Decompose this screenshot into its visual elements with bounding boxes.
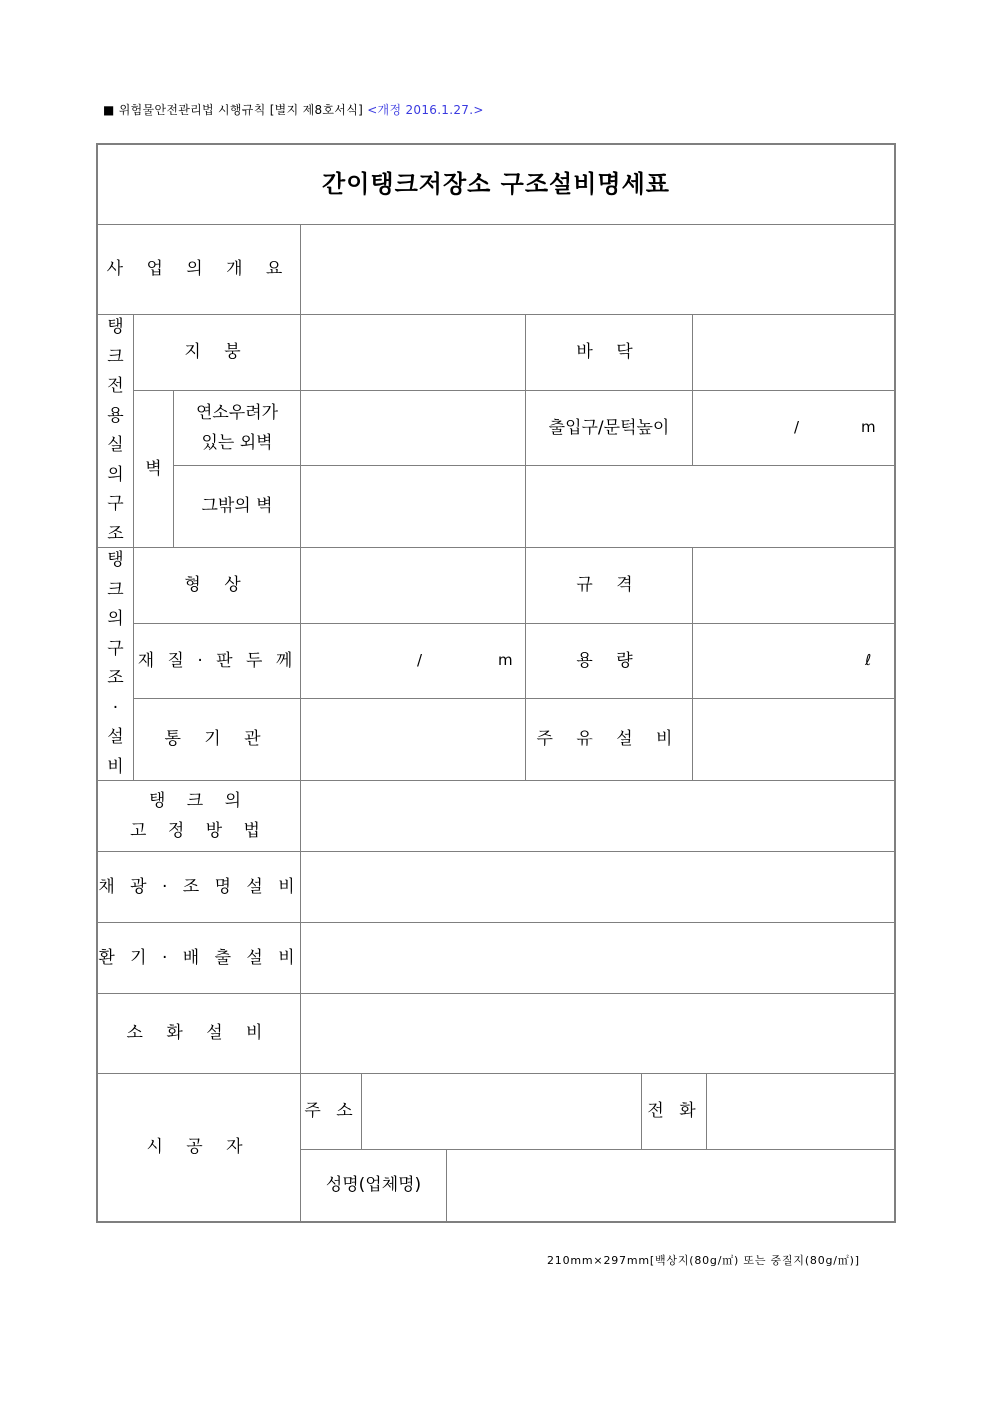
address-field[interactable] — [362, 1074, 641, 1149]
vent-pipe-field[interactable] — [301, 699, 525, 780]
roof-field[interactable] — [301, 315, 525, 390]
business-overview-field[interactable] — [301, 225, 894, 314]
form-header: ■ 위험물안전관리법 시행규칙 [별지 제8호서식] <개정 2016.1.27… — [103, 101, 484, 118]
floor-label: 바 닥 — [526, 315, 692, 390]
material-thickness-label: 재 질 · 판 두 께 — [134, 624, 300, 698]
shape-label: 형 상 — [134, 548, 300, 623]
capacity-label: 용 량 — [526, 624, 692, 698]
lighting-label: 채 광 · 조 명 설 비 — [98, 852, 300, 922]
ventilation-field[interactable] — [301, 923, 894, 993]
fixing-method-label: 탱 크 의 고 정 방 법 — [98, 781, 300, 851]
phone-field[interactable] — [707, 1074, 894, 1149]
other-wall-field[interactable] — [301, 466, 894, 547]
refueling-equipment-label: 주 유 설 비 — [526, 699, 692, 780]
regulation-reference: 위험물안전관리법 시행규칙 [별지 제8호서식] — [119, 103, 363, 117]
refueling-equipment-field[interactable] — [693, 699, 894, 780]
floor-field[interactable] — [693, 315, 894, 390]
lighting-field[interactable] — [301, 852, 894, 922]
ventilation-label: 환 기 · 배 출 설 비 — [98, 923, 300, 993]
fire-risk-wall-field[interactable] — [301, 391, 525, 465]
entrance-height-separator: / — [794, 415, 799, 441]
capacity-field[interactable]: ℓ — [693, 624, 894, 698]
spec-field[interactable] — [693, 548, 894, 623]
vent-pipe-label: 통 기 관 — [134, 699, 300, 780]
fixing-method-field[interactable] — [301, 781, 894, 851]
material-thickness-separator: / — [417, 648, 422, 674]
business-overview-label: 사 업 의 개 요 — [98, 225, 300, 314]
company-name-label: 성명(업체명) — [301, 1150, 446, 1221]
tank-room-structure-label: 탱 크 전 용 실 의 구 조 — [98, 315, 133, 547]
revision-date: <개정 2016.1.27.> — [367, 103, 484, 117]
shape-field[interactable] — [301, 548, 525, 623]
phone-label: 전 화 — [642, 1074, 706, 1149]
paper-spec: 210mm×297mm[백상지(80g/㎡) 또는 중질지(80g/㎡)] — [547, 1252, 860, 1268]
spec-label: 규 격 — [526, 548, 692, 623]
entrance-height-unit: m — [861, 415, 876, 441]
fire-extinguishing-label: 소 화 설 비 — [98, 994, 300, 1073]
material-thickness-field[interactable]: / m — [301, 624, 525, 698]
other-wall-label: 그밖의 벽 — [174, 466, 300, 547]
company-name-field[interactable] — [447, 1150, 894, 1221]
fire-extinguishing-field[interactable] — [301, 994, 894, 1073]
square-bullet-icon: ■ — [103, 103, 115, 117]
address-label: 주 소 — [301, 1074, 361, 1149]
roof-label: 지 붕 — [134, 315, 300, 390]
tank-structure-equipment-label: 탱 크 의 구 조 · 설 비 — [98, 548, 133, 780]
entrance-height-label: 출입구/문턱높이 — [526, 391, 692, 465]
capacity-unit: ℓ — [865, 648, 871, 674]
form-title: 간이탱크저장소 구조설비명세표 — [98, 145, 894, 224]
material-thickness-unit: m — [498, 648, 513, 674]
entrance-height-field[interactable]: / m — [693, 391, 894, 465]
structure-equipment-form: 간이탱크저장소 구조설비명세표 사 업 의 개 요 탱 크 전 용 실 의 구 … — [96, 143, 896, 1223]
fire-risk-wall-label: 연소우려가 있는 외벽 — [174, 391, 300, 465]
contractor-label: 시 공 자 — [98, 1074, 300, 1221]
wall-label: 벽 — [134, 391, 173, 547]
